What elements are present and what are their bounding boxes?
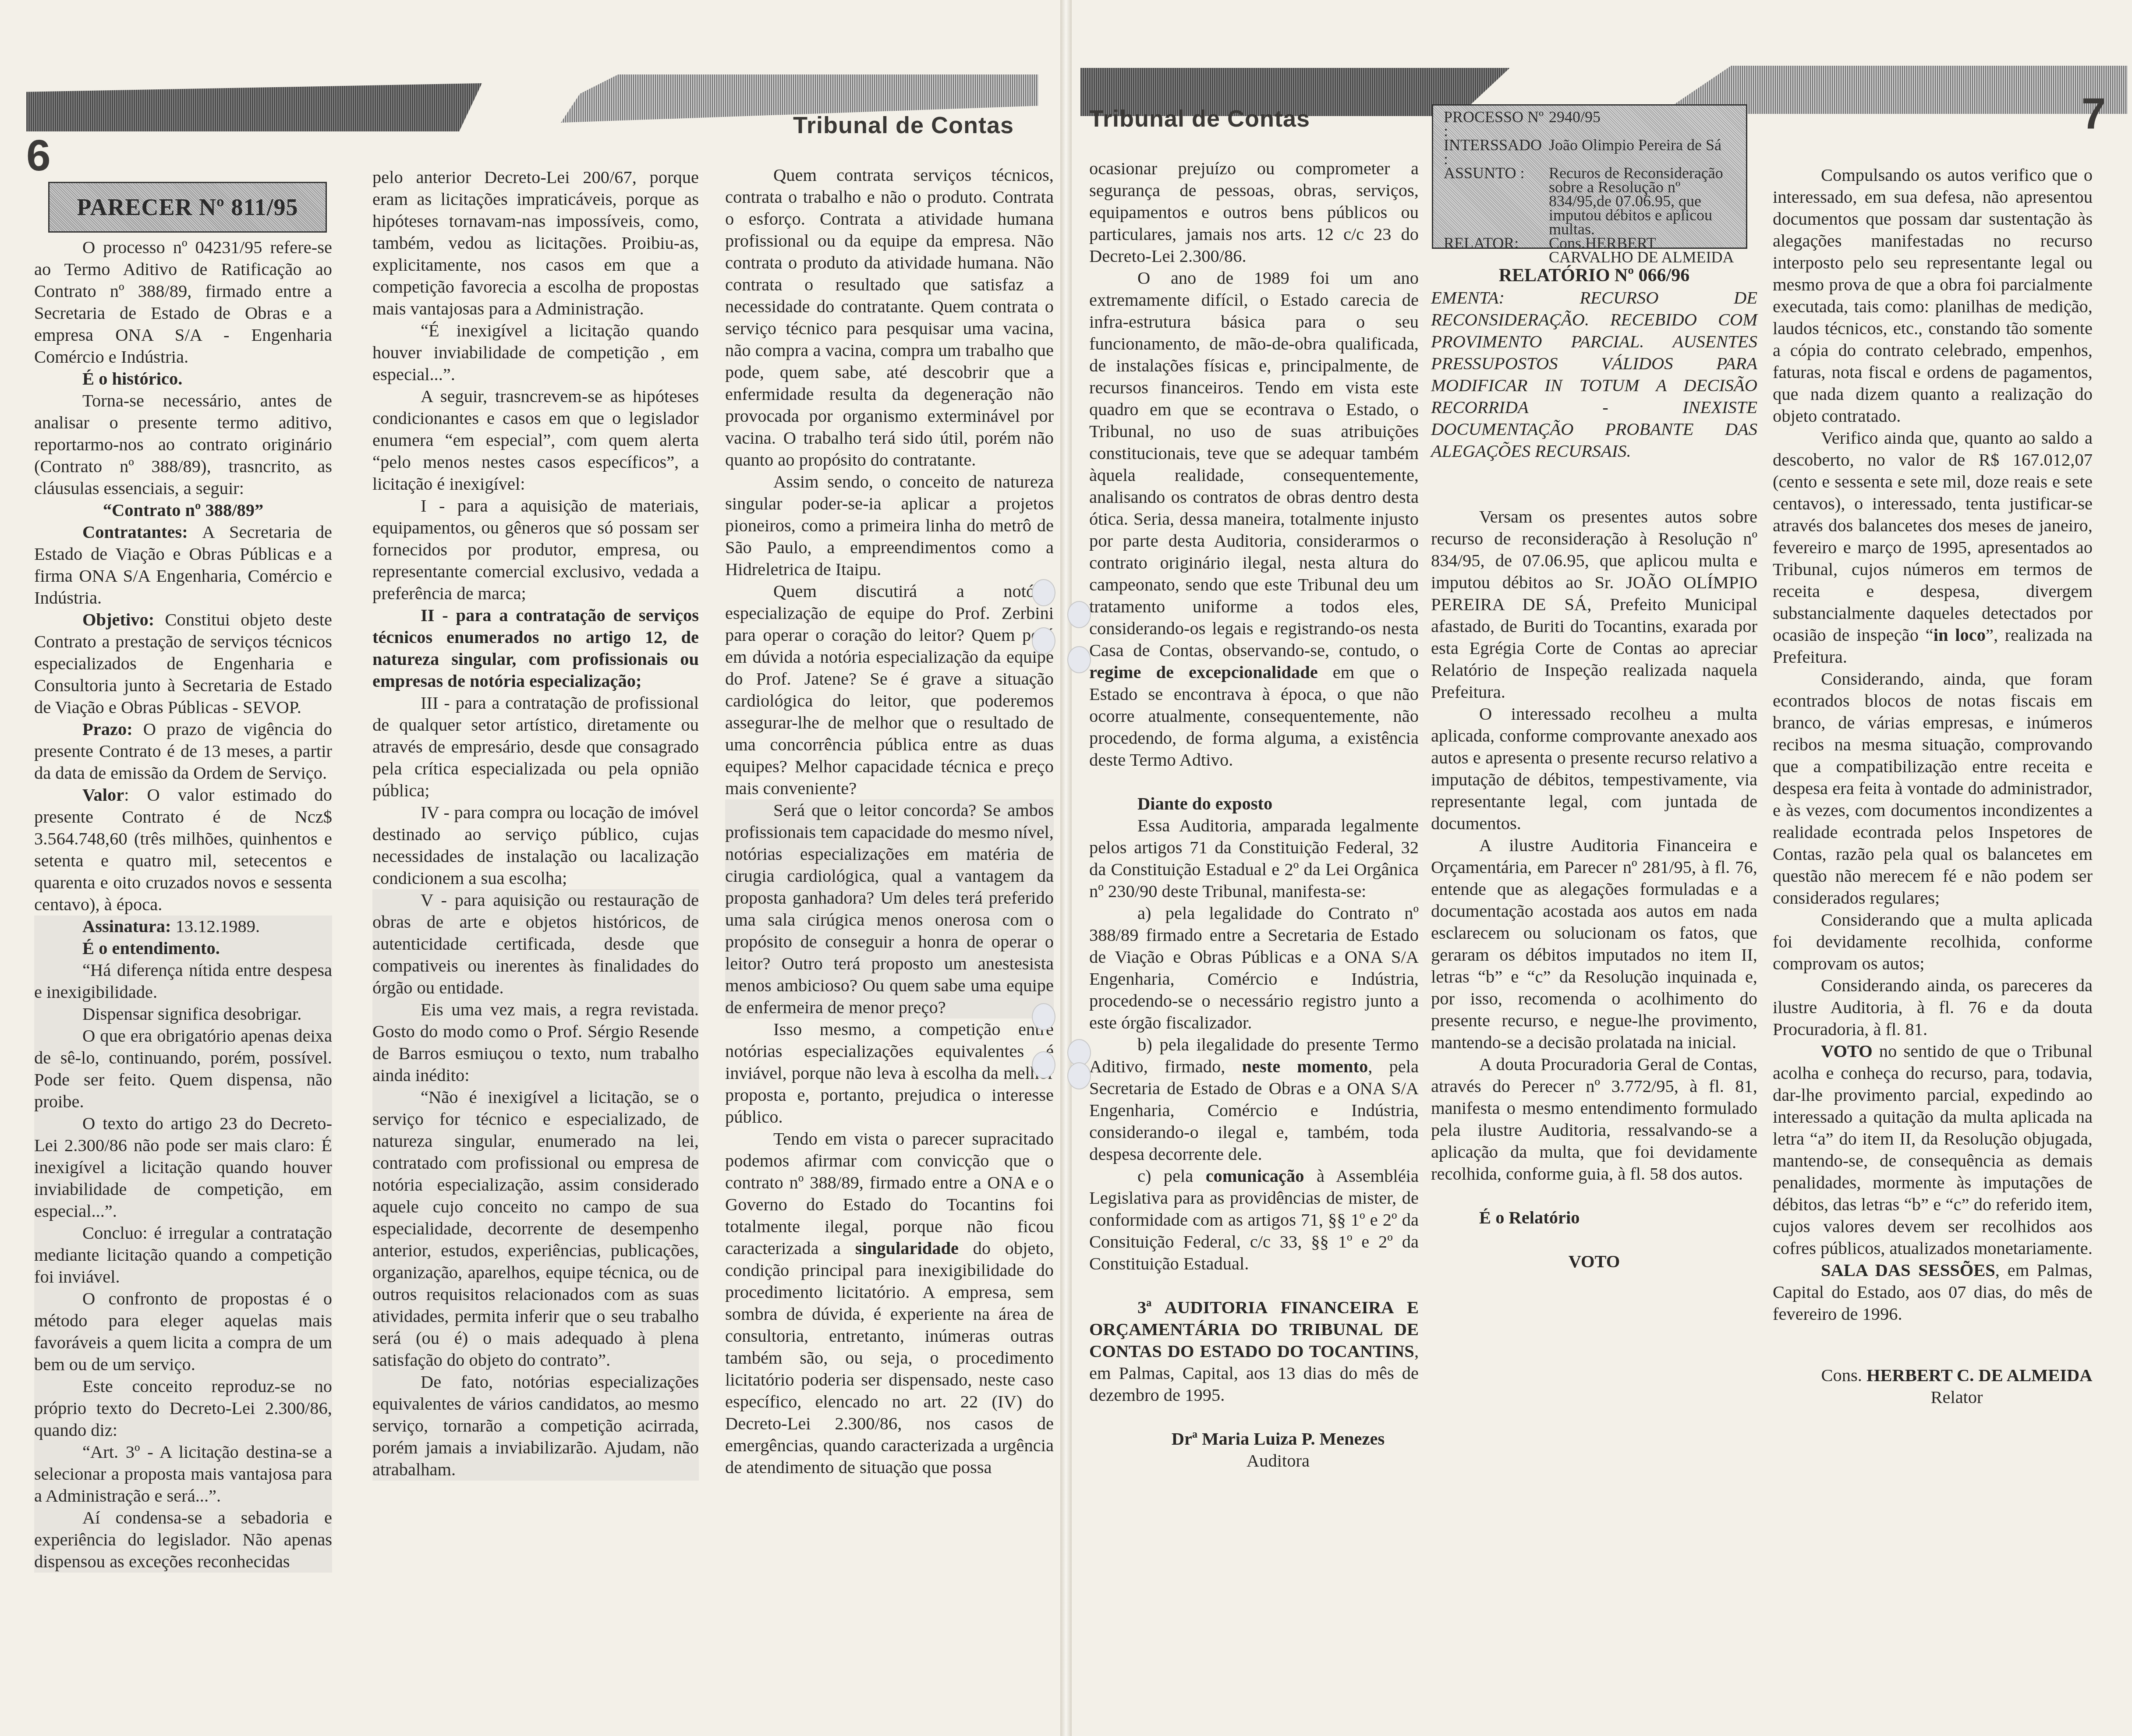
item-a: a) pela legalidade do Contrato nº 388/89… <box>1089 902 1419 1034</box>
binder-hole <box>1067 1062 1091 1089</box>
signature-name: Drª Maria Luiza P. Menezes <box>1089 1428 1419 1450</box>
section-heading: Diante do exposto <box>1089 793 1419 815</box>
process-info-box: PROCESSO Nº :2940/95 INTERSSADO :João Ol… <box>1432 104 1747 249</box>
column-6: Compulsando os autos verifico que o inte… <box>1773 164 2093 1408</box>
section-heading: É o Relatório <box>1431 1207 1757 1229</box>
paragraph: “Há diferença nítida entre despesa e ine… <box>34 959 332 1003</box>
clause-prazo: Prazo: O prazo de vigência do presente C… <box>34 718 332 784</box>
relator-row: RELATOR:Cons.HERBERT CARVALHO DE ALMEIDA <box>1444 236 1735 264</box>
shaded-block: Será que o leitor concorda? Se ambos pro… <box>725 799 1054 1018</box>
quote: “É inexigível a licitação quando houver … <box>372 320 699 385</box>
paragraph: A seguir, trasncrevem-se as hipóteses co… <box>372 385 699 495</box>
paragraph: Dispensar significa desobrigar. <box>34 1003 332 1025</box>
paragraph: A ilustre Auditoria Financeira e Orçamen… <box>1431 834 1757 1054</box>
item-c: c) pela comunicação à Assembléia Legisla… <box>1089 1165 1419 1275</box>
paragraph: ocasionar prejuízo ou comprometer a segu… <box>1089 158 1419 267</box>
column-3: Quem contrata serviços técnicos, contrat… <box>725 164 1054 1478</box>
paragraph: O que era obrigatório apenas deixa de sê… <box>34 1025 332 1113</box>
page-7: Tribunal de Contas 7 ocasionar prejuízo … <box>1072 0 2132 1736</box>
paragraph: pelo anterior Decreto-Lei 200/67, porque… <box>372 166 699 320</box>
paragraph: Verifico ainda que, quanto ao saldo a de… <box>1773 427 2093 668</box>
column-5: EMENTA: RECURSO DE RECONSIDERAÇÃO. RECEB… <box>1431 287 1757 1273</box>
list-item-ii: II - para a contratação de serviços técn… <box>372 605 699 692</box>
binder-hole <box>1032 579 1055 606</box>
paragraph: Concluo: é irregular a contratação media… <box>34 1222 332 1288</box>
paragraph: Isso mesmo, a competição entre notórias … <box>725 1018 1054 1128</box>
voto-heading: VOTO <box>1431 1251 1757 1273</box>
running-head: Tribunal de Contas <box>1089 105 1310 132</box>
paragraph: Este conceito reproduz-se no próprio tex… <box>34 1375 332 1441</box>
list-item-i: I - para a aquisição de materiais, equip… <box>372 495 699 605</box>
shaded-block: Assinatura: 13.12.1989. É o entendimento… <box>34 916 332 1573</box>
paragraph: Considerando que a multa aplicada foi de… <box>1773 909 2093 975</box>
column-2: pelo anterior Decreto-Lei 200/67, porque… <box>372 166 699 1481</box>
paragraph: Considerando, ainda, que foram econtrado… <box>1773 668 2093 909</box>
paragraph: Essa Auditoria, amparada legalmente pelo… <box>1089 815 1419 902</box>
paragraph: Versam os presentes autos sobre recurso … <box>1431 506 1757 703</box>
shaded-block: V - para aquisição ou restauração de obr… <box>372 889 699 1481</box>
list-item-iv: IV - para compra ou locação de imóvel de… <box>372 802 699 889</box>
section-heading: É o histórico. <box>34 368 332 390</box>
page-gutter <box>1060 0 1072 1736</box>
binder-hole <box>1067 601 1091 628</box>
running-head: Tribunal de Contas <box>793 112 1014 139</box>
column-4: ocasionar prejuízo ou comprometer a segu… <box>1089 158 1419 1472</box>
paragraph: De fato, notórias especializações equiva… <box>372 1371 699 1481</box>
column-1: O processo nº 04231/95 refere-se ao Term… <box>34 237 332 1573</box>
binder-hole <box>1032 1051 1055 1078</box>
voto-paragraph: VOTO no sentido de que o Tribunal acolha… <box>1773 1040 2093 1259</box>
subheading: “Contrato nº 388/89” <box>34 499 332 521</box>
paragraph: O interessado recolheu a multa aplicada,… <box>1431 703 1757 834</box>
relatorio-title: RELATÓRIO Nº 066/96 <box>1431 265 1757 286</box>
page-number: 7 <box>2081 92 2106 136</box>
paragraph: Aí condensa-se a sebadoria e experiência… <box>34 1507 332 1573</box>
list-item-iii: III - para a contratação de profissional… <box>372 692 699 802</box>
paragraph: O texto do artigo 23 do Decreto-Lei 2.30… <box>34 1113 332 1222</box>
paragraph: Quem contrata serviços técnicos, contrat… <box>725 164 1054 471</box>
page-number: 6 <box>26 134 51 177</box>
process-row: PROCESSO Nº :2940/95 <box>1444 110 1735 138</box>
header-decorative-band <box>26 83 482 131</box>
clause-objetivo: Objetivo: Constitui objeto deste Contrat… <box>34 609 332 718</box>
page-6: 6 Tribunal de Contas PARECER Nº 811/95 O… <box>0 0 1060 1736</box>
ementa: EMENTA: RECURSO DE RECONSIDERAÇÃO. RECEB… <box>1431 287 1757 462</box>
signature-name: Cons. HERBERT C. DE ALMEIDA <box>1773 1365 2093 1386</box>
paragraph: Será que o leitor concorda? Se ambos pro… <box>725 799 1054 1018</box>
item-b: b) pela ilegalidade do presente Termo Ad… <box>1089 1034 1419 1165</box>
parecer-title: PARECER Nº 811/95 <box>77 194 298 221</box>
clause-contratantes: Contratantes: A Secretaria de Estado de … <box>34 521 332 609</box>
signature-role: Auditora <box>1089 1450 1419 1472</box>
paragraph: Compulsando os autos verifico que o inte… <box>1773 164 2093 427</box>
quote: “Art. 3º - A licitação destina-se a sele… <box>34 1441 332 1507</box>
paragraph: Quem discutirá a notória especialização … <box>725 580 1054 799</box>
paragraph: Tendo em vista o parecer supracitado pod… <box>725 1128 1054 1478</box>
assunto-row: ASSUNTO :Recuros de Reconsideração sobre… <box>1444 166 1735 236</box>
clause-assinatura: Assinatura: 13.12.1989. <box>34 916 332 937</box>
binder-hole <box>1032 627 1055 654</box>
interessado-row: INTERSSADO :João Olimpio Pereira de Sá <box>1444 138 1735 166</box>
paragraph: Eis uma vez mais, a regra revistada. Gos… <box>372 999 699 1086</box>
paragraph: O processo nº 04231/95 refere-se ao Term… <box>34 237 332 368</box>
signature-role: Relator <box>1773 1386 2093 1408</box>
section-heading: É o entendimento. <box>34 937 332 959</box>
closing-paragraph: 3ª AUDITORIA FINANCEIRA E ORÇAMENTÁRIA D… <box>1089 1297 1419 1406</box>
paragraph: O ano de 1989 foi um ano extremamente di… <box>1089 267 1419 771</box>
quote: “Não é inexigível a licitação, se o serv… <box>372 1086 699 1371</box>
binder-hole <box>1067 646 1091 673</box>
paragraph: O confronto de propostas é o método para… <box>34 1288 332 1375</box>
paragraph: Torna-se necessário, antes de analisar o… <box>34 390 332 499</box>
parecer-title-box: PARECER Nº 811/95 <box>48 182 327 233</box>
paragraph: Assim sendo, o conceito de natureza sing… <box>725 471 1054 580</box>
clause-valor: Valor: O valor estimado do presente Cont… <box>34 784 332 916</box>
binder-hole <box>1032 1003 1055 1030</box>
paragraph: Considerando ainda, os pareceres da ilus… <box>1773 975 2093 1040</box>
list-item-v: V - para aquisição ou restauração de obr… <box>372 889 699 999</box>
closing-paragraph: SALA DAS SESSÕES, em Palmas, Capital do … <box>1773 1259 2093 1325</box>
paragraph: A douta Procuradoria Geral de Contas, at… <box>1431 1054 1757 1185</box>
